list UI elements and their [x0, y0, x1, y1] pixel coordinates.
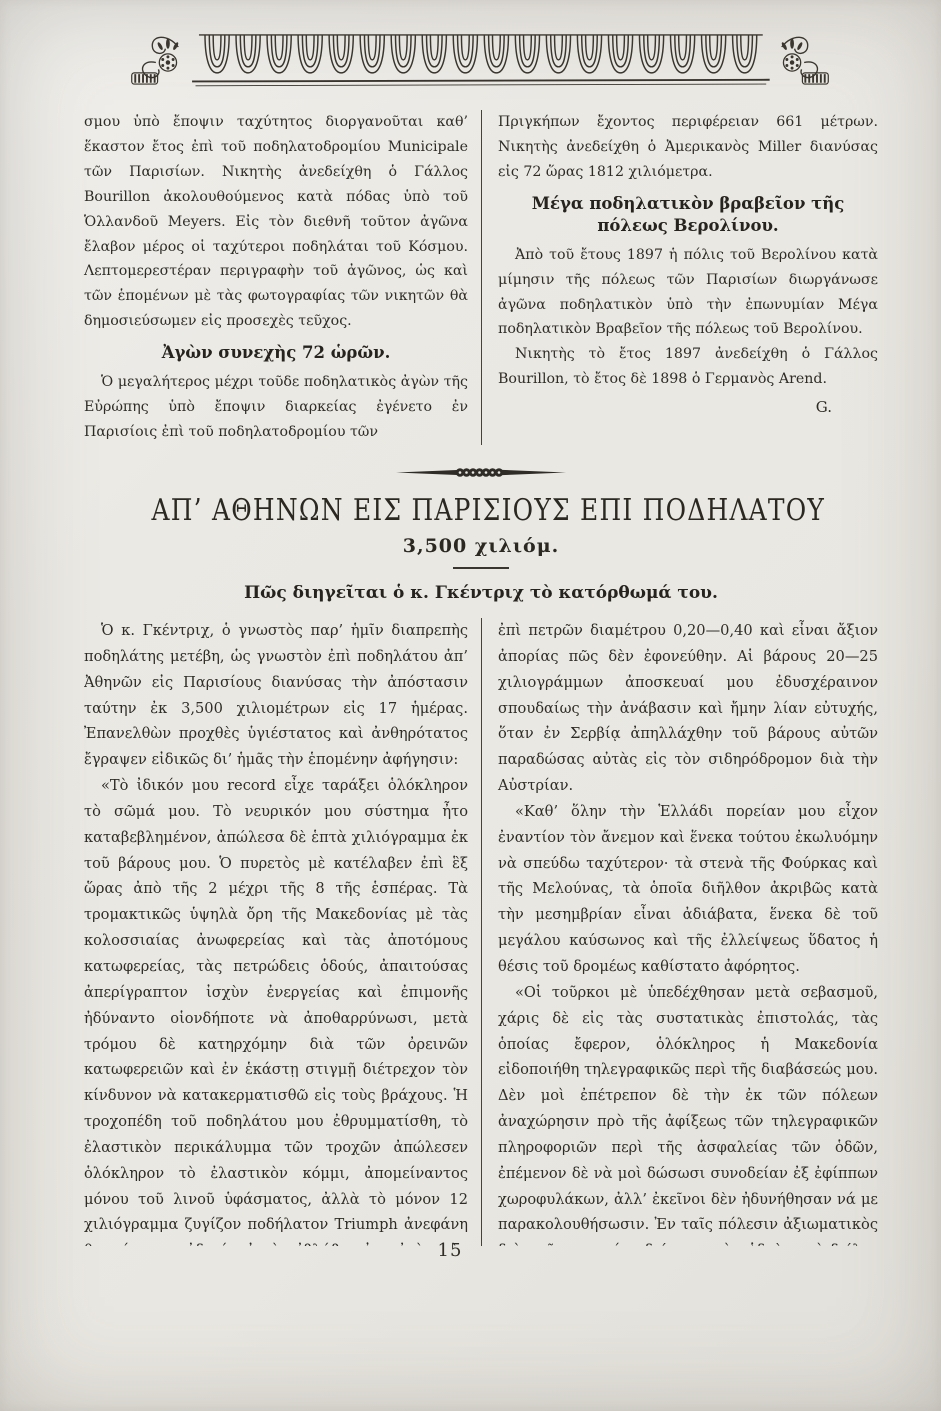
article-title: ΑΠ’ ΑΘΗΝΩΝ ΕΙΣ ΠΑΡΙΣΙΟΥΣ ΕΠΙ ΠΟΔΗΛΑΤΟΥ: [151, 493, 810, 528]
paragraph: «Τὸ ἰδικόν μου record εἶχε ταράξει ὁλόκλ…: [84, 773, 468, 1246]
top-news-section: σμου ὑπὸ ἔποψιν ταχύτητος διοργανοῦται κ…: [84, 110, 878, 445]
scanned-magazine-page: σμου ὑπὸ ἔποψιν ταχύτητος διοργανοῦται κ…: [0, 0, 941, 1411]
page-number: 15: [55, 1240, 845, 1261]
continuation-paragraph: σμου ὑπὸ ἔποψιν ταχύτητος διοργανοῦται κ…: [84, 110, 468, 334]
article-left-column: Ὁ κ. Γκέντριχ, ὁ γνωστὸς παρ’ ἡμῖν διαπρ…: [84, 618, 481, 1246]
paragraph: Ἀπὸ τοῦ ἔτους 1897 ἡ πόλις τοῦ Βερολίνου…: [498, 243, 878, 343]
article-byline: Πῶς διηγεῖται ὁ κ. Γκέντριχ τὸ κατόρθωμά…: [84, 583, 878, 603]
paragraph: Ὁ μεγαλήτερος μέχρι τοῦδε ποδηλατικὸς ἀγ…: [84, 370, 468, 445]
article-body-section: Ὁ κ. Γκέντριχ, ὁ γνωστὸς παρ’ ἡμῖν διαπρ…: [84, 618, 878, 1246]
paragraph: Νικητὴς τὸ ἔτος 1897 ἀνεδείχθη ὁ Γάλλος …: [498, 342, 878, 392]
paragraph: Ὁ κ. Γκέντριχ, ὁ γνωστὸς παρ’ ἡμῖν διαπρ…: [84, 618, 468, 773]
separator-ornament-icon: [396, 466, 566, 479]
signature: G.: [498, 395, 878, 420]
heading-line: πόλεως Βερολίνου.: [498, 215, 878, 237]
continuation-paragraph: ἐπὶ πετρῶν διαμέτρου 0,20—0,40 καὶ εἶναι…: [498, 618, 878, 799]
heading-line: Μέγα ποδηλατικὸν βραβεῖον τῆς: [498, 193, 878, 215]
top-left-column: σμου ὑπὸ ἔποψιν ταχύτητος διοργανοῦται κ…: [84, 110, 481, 445]
top-right-column: Πριγκήπων ἔχοντος περιφέρειαν 661 μέτρων…: [481, 110, 878, 445]
section-heading: Μέγα ποδηλατικὸν βραβεῖον τῆς πόλεως Βερ…: [498, 193, 878, 237]
paragraph: «Καθ’ ὅλην τὴν Ἑλλάδι πορείαν μου εἶχον …: [498, 799, 878, 980]
heading-rule: [453, 567, 509, 569]
section-heading: Ἀγὼν συνεχὴς 72 ὡρῶν.: [84, 342, 468, 364]
article-subtitle: 3,500 χιλιόμ.: [84, 535, 878, 557]
header-ornament-icon: [130, 28, 830, 97]
continuation-paragraph: Πριγκήπων ἔχοντος περιφέρειαν 661 μέτρων…: [498, 110, 878, 185]
paragraph: «Οἱ τοῦρκοι μὲ ὑπεδέχθησαν μετὰ σεβασμοῦ…: [498, 980, 878, 1246]
article-right-column: ἐπὶ πετρῶν διαμέτρου 0,20—0,40 καὶ εἶναι…: [481, 618, 878, 1246]
article-header: ΑΠ’ ΑΘΗΝΩΝ ΕΙΣ ΠΑΡΙΣΙΟΥΣ ΕΠΙ ΠΟΔΗΛΑΤΟΥ 3…: [84, 466, 878, 603]
